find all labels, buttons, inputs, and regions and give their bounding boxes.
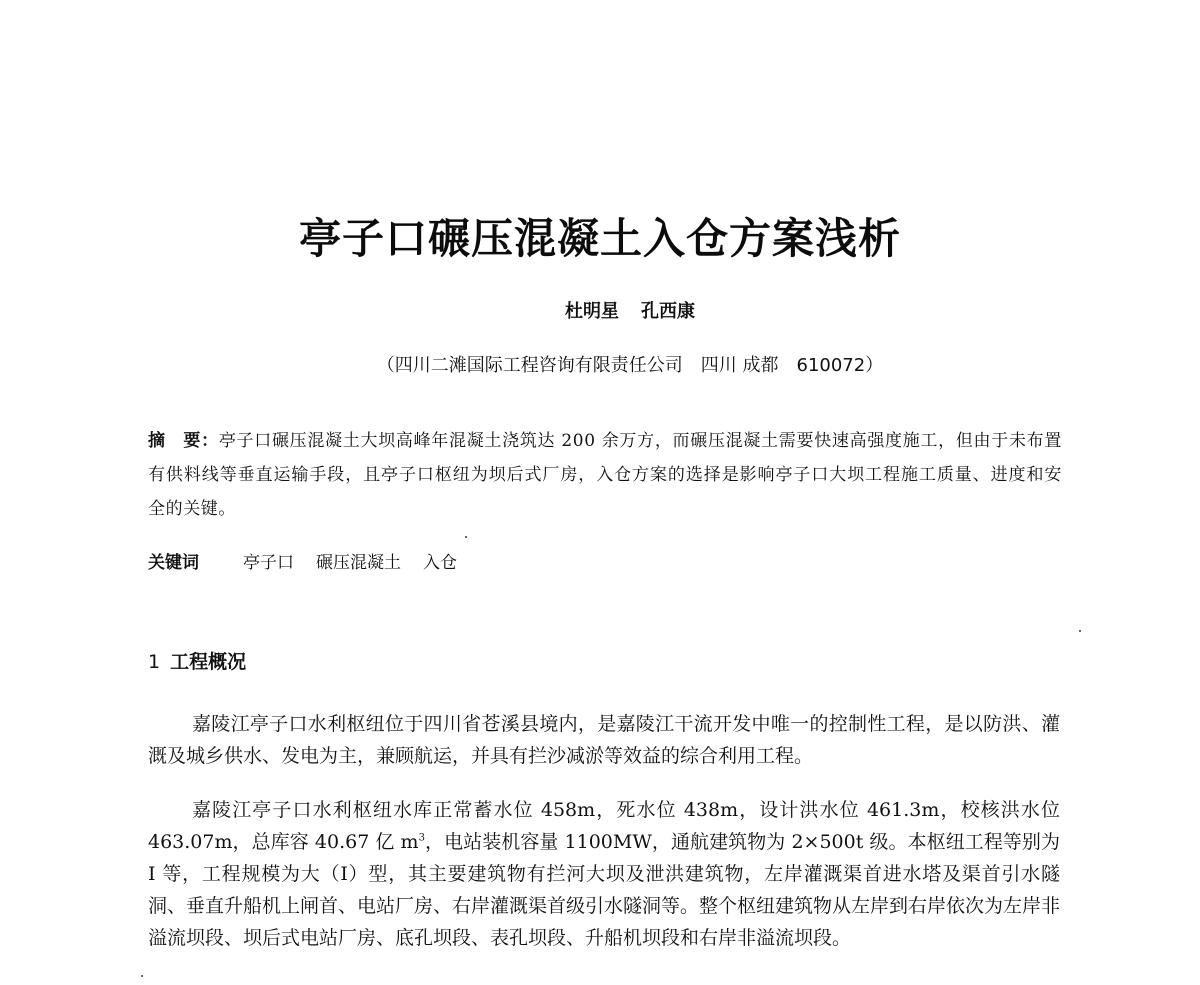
section-number: 1: [148, 651, 160, 673]
abstract: 摘 要：亭子口碾压混凝土大坝高峰年混凝土浇筑达 200 余万方，而碾压混凝土需要…: [148, 424, 1062, 526]
scan-speck: [141, 975, 143, 977]
document-page: 亭子口碾压混凝土入仓方案浅析 杜明星孔西康 （四川二滩国际工程咨询有限责任公司 …: [0, 0, 1200, 985]
scan-speck: [1079, 630, 1081, 632]
author-affiliation: （四川二滩国际工程咨询有限责任公司 四川 成都 610072）: [0, 352, 1200, 380]
author-list: 杜明星孔西康: [0, 298, 1200, 326]
keyword: 亭子口: [243, 553, 294, 573]
abstract-label: 摘 要：: [148, 431, 219, 451]
keyword: 碾压混凝土: [316, 553, 401, 573]
section-title: 工程概况: [170, 651, 246, 673]
body-paragraph: 嘉陵江亭子口水利枢纽位于四川省苍溪县境内，是嘉陵江干流开发中唯一的控制性工程，是…: [148, 708, 1060, 772]
paper-title: 亭子口碾压混凝土入仓方案浅析: [0, 211, 1200, 267]
keywords: 关键词亭子口碾压混凝土入仓: [148, 548, 457, 578]
author-name: 杜明星: [565, 301, 619, 322]
author-name: 孔西康: [641, 301, 695, 322]
body-paragraph: 嘉陵江亭子口水利枢纽水库正常蓄水位 458m，死水位 438m，设计洪水位 46…: [148, 794, 1060, 954]
section-heading: 1工程概况: [148, 648, 246, 676]
keywords-label: 关键词: [148, 553, 199, 573]
keyword: 入仓: [423, 553, 457, 573]
scan-speck: [465, 536, 467, 538]
abstract-text: 亭子口碾压混凝土大坝高峰年混凝土浇筑达 200 余万方，而碾压混凝土需要快速高强…: [148, 431, 1062, 519]
